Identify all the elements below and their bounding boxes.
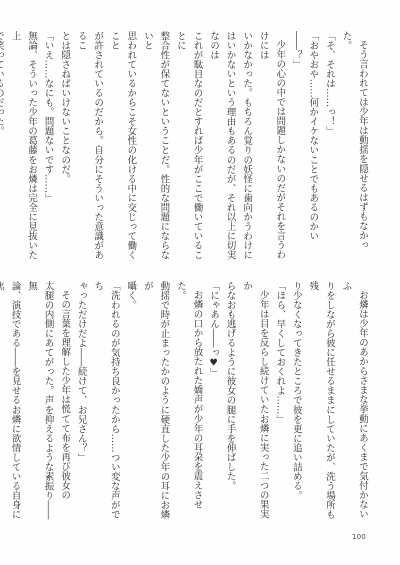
text-block-bottom: お燐は少年のあからさまな挙動にあくまで気付かないふ りをしながら彼に任せるままに… <box>30 281 370 521</box>
text-line: 「にゃあん――っ♥」 <box>205 281 222 521</box>
text-line: 無論、そういった少年の葛藤をお燐は完全に見抜いた上 <box>6 31 39 263</box>
text-line: りをしながら彼に任せるままにしていたが、洗う場所も残 <box>304 281 337 521</box>
text-line: で笑っているのだった。 <box>0 31 6 263</box>
text-line: 「いえ……なにも。問題ないです……」 <box>39 31 56 263</box>
text-line: が許されているのだから。自分にそういった意識があるこ <box>72 31 105 263</box>
text-line: 思われているからこそ女性の化ける中に交じって働くこと <box>105 31 138 263</box>
text-line: 少年の心の中では問題しかないのだがそれを言うわけには <box>254 31 287 263</box>
page-number: 100 <box>352 533 366 541</box>
text-block-top: そう言われては少年は動揺を隠せるはずもなかった。 「そ、それは……っ！」 「おや… <box>30 31 370 263</box>
text-line: いかなかった。もちろん覚りの妖怪に歯向かうわけにはいかないという理由もあるのだが… <box>205 31 255 263</box>
text-line: ゃっただけだよ――続けて、お兄さん？」 <box>72 281 89 521</box>
text-line: そう言われては少年は動揺を隠せるはずもなかった。 <box>337 31 370 263</box>
text-line: お燐は少年のあからさまな挙動にあくまで気付かないふ <box>337 281 370 521</box>
text-line: とは隠さねばいけないことなのだ。 <box>56 31 73 263</box>
text-line: 「ほら、早くしておくれよ……」 <box>271 281 288 521</box>
text-line: これが駄目なのだとすれば少年がここで働いていることに <box>171 31 204 263</box>
text-line: 「洗われるのが気持ち良かったから……つい変な声がでち <box>89 281 122 521</box>
text-line: 論、演技である――を見せるお燐に欲情している自身に焦 <box>0 281 23 521</box>
text-line: り少なくなってきたところで彼を更に追い詰める。 <box>287 281 304 521</box>
text-line: 動揺で時が止まったかのように硬直した少年の耳にお燐が <box>138 281 171 521</box>
text-line: 「おやおや……何かイケないことでもあるのかい――？」 <box>287 31 320 263</box>
text-line: その言葉を理解した少年は慌てて布を再び彼女の <box>56 281 73 521</box>
text-line: 少年は目を反らし続けていたお燐に実った二つの果実か <box>238 281 271 521</box>
text-line: らなおも逃げるように彼女の腿に手を伸ばした。 <box>221 281 238 521</box>
text-line: 「そ、それは……っ！」 <box>320 31 337 263</box>
text-line: 太腿の内側にあてがった。声を抑えるような素振り――無 <box>23 281 56 521</box>
text-line: 囁く。 <box>122 281 139 521</box>
text-line: 整合性が保てないということだ。性的な問題にならないと <box>138 31 171 263</box>
text-line: お燐の口から放たれた嬌声が少年の耳朶を震えさせた。 <box>171 281 204 521</box>
book-page: そう言われては少年は動揺を隠せるはずもなかった。 「そ、それは……っ！」 「おや… <box>0 0 400 565</box>
